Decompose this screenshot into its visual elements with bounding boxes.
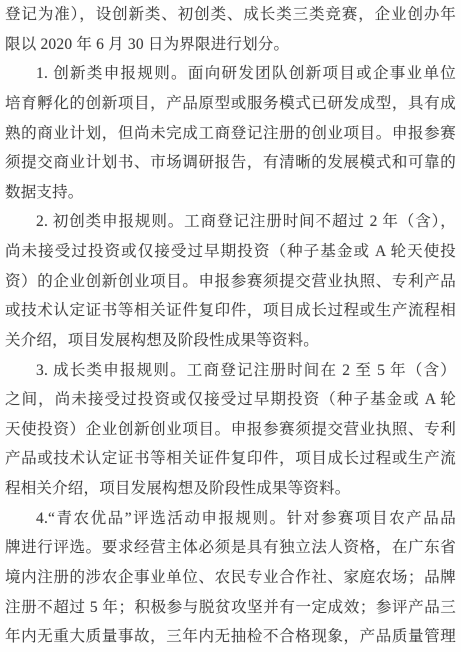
document-line: 年内无重大质量事故，三年内无抽检不合格现象，产品质量管理 — [5, 622, 456, 652]
document-line: 须提交商业计划书、市场调研报告，有清晰的发展模式和可靠的 — [5, 148, 456, 178]
document-line: 数据支持。 — [5, 178, 456, 208]
document-line: 程相关介绍，项目发展构想及阶段性成果等资料。 — [5, 474, 456, 504]
document-line: 登记为准），设创新类、初创类、成长类三类竞赛，企业创办年 — [5, 0, 456, 30]
document-line: 关介绍，项目发展构想及阶段性成果等资料。 — [5, 326, 456, 356]
document-line: 培育孵化的创新项目，产品原型或服务模式已研发成型，具有成 — [5, 89, 456, 119]
document-line: 4.“青农优品”评选活动申报规则。针对参赛项目农产品品 — [5, 504, 456, 534]
document-text-block: 登记为准），设创新类、初创类、成长类三类竞赛，企业创办年 限以 2020 年 6… — [0, 0, 461, 652]
document-line: 熟的商业计划，但尚未完成工商登记注册的创业项目。申报参赛 — [5, 119, 456, 149]
document-line: 资）的企业创新创业项目。申报参赛须提交营业执照、专利产品 — [5, 267, 456, 297]
document-line: 注册不超过 5 年；积极参与脱贫攻坚并有一定成效；参评产品三 — [5, 593, 456, 623]
document-line: 2. 初创类申报规则。工商登记注册时间不超过 2 年（含）， — [5, 207, 456, 237]
document-line: 3. 成长类申报规则。工商登记注册时间在 2 至 5 年（含） — [5, 356, 456, 386]
document-line: 天使投资）企业创新创业项目。申报参赛须提交营业执照、专利 — [5, 415, 456, 445]
document-page: 登记为准），设创新类、初创类、成长类三类竞赛，企业创办年 限以 2020 年 6… — [0, 0, 461, 652]
document-line: 或技术认定证书等相关证件复印件，项目成长过程或生产流程相 — [5, 296, 456, 326]
document-line: 尚未接受过投资或仅接受过早期投资（种子基金或 A 轮天使投 — [5, 237, 456, 267]
document-line: 之间，尚未接受过投资或仅接受过早期投资（种子基金或 A 轮 — [5, 385, 456, 415]
document-line: 产品或技术认定证书等相关证件复印件，项目成长过程或生产流 — [5, 444, 456, 474]
document-line: 境内注册的涉农企事业单位、农民专业合作社、家庭农场；品牌 — [5, 563, 456, 593]
document-line: 限以 2020 年 6 月 30 日为界限进行划分。 — [5, 30, 456, 60]
document-line: 1. 创新类申报规则。面向研发团队创新项目或企事业单位 — [5, 59, 456, 89]
document-line: 牌进行评选。要求经营主体必须是具有独立法人资格，在广东省 — [5, 533, 456, 563]
